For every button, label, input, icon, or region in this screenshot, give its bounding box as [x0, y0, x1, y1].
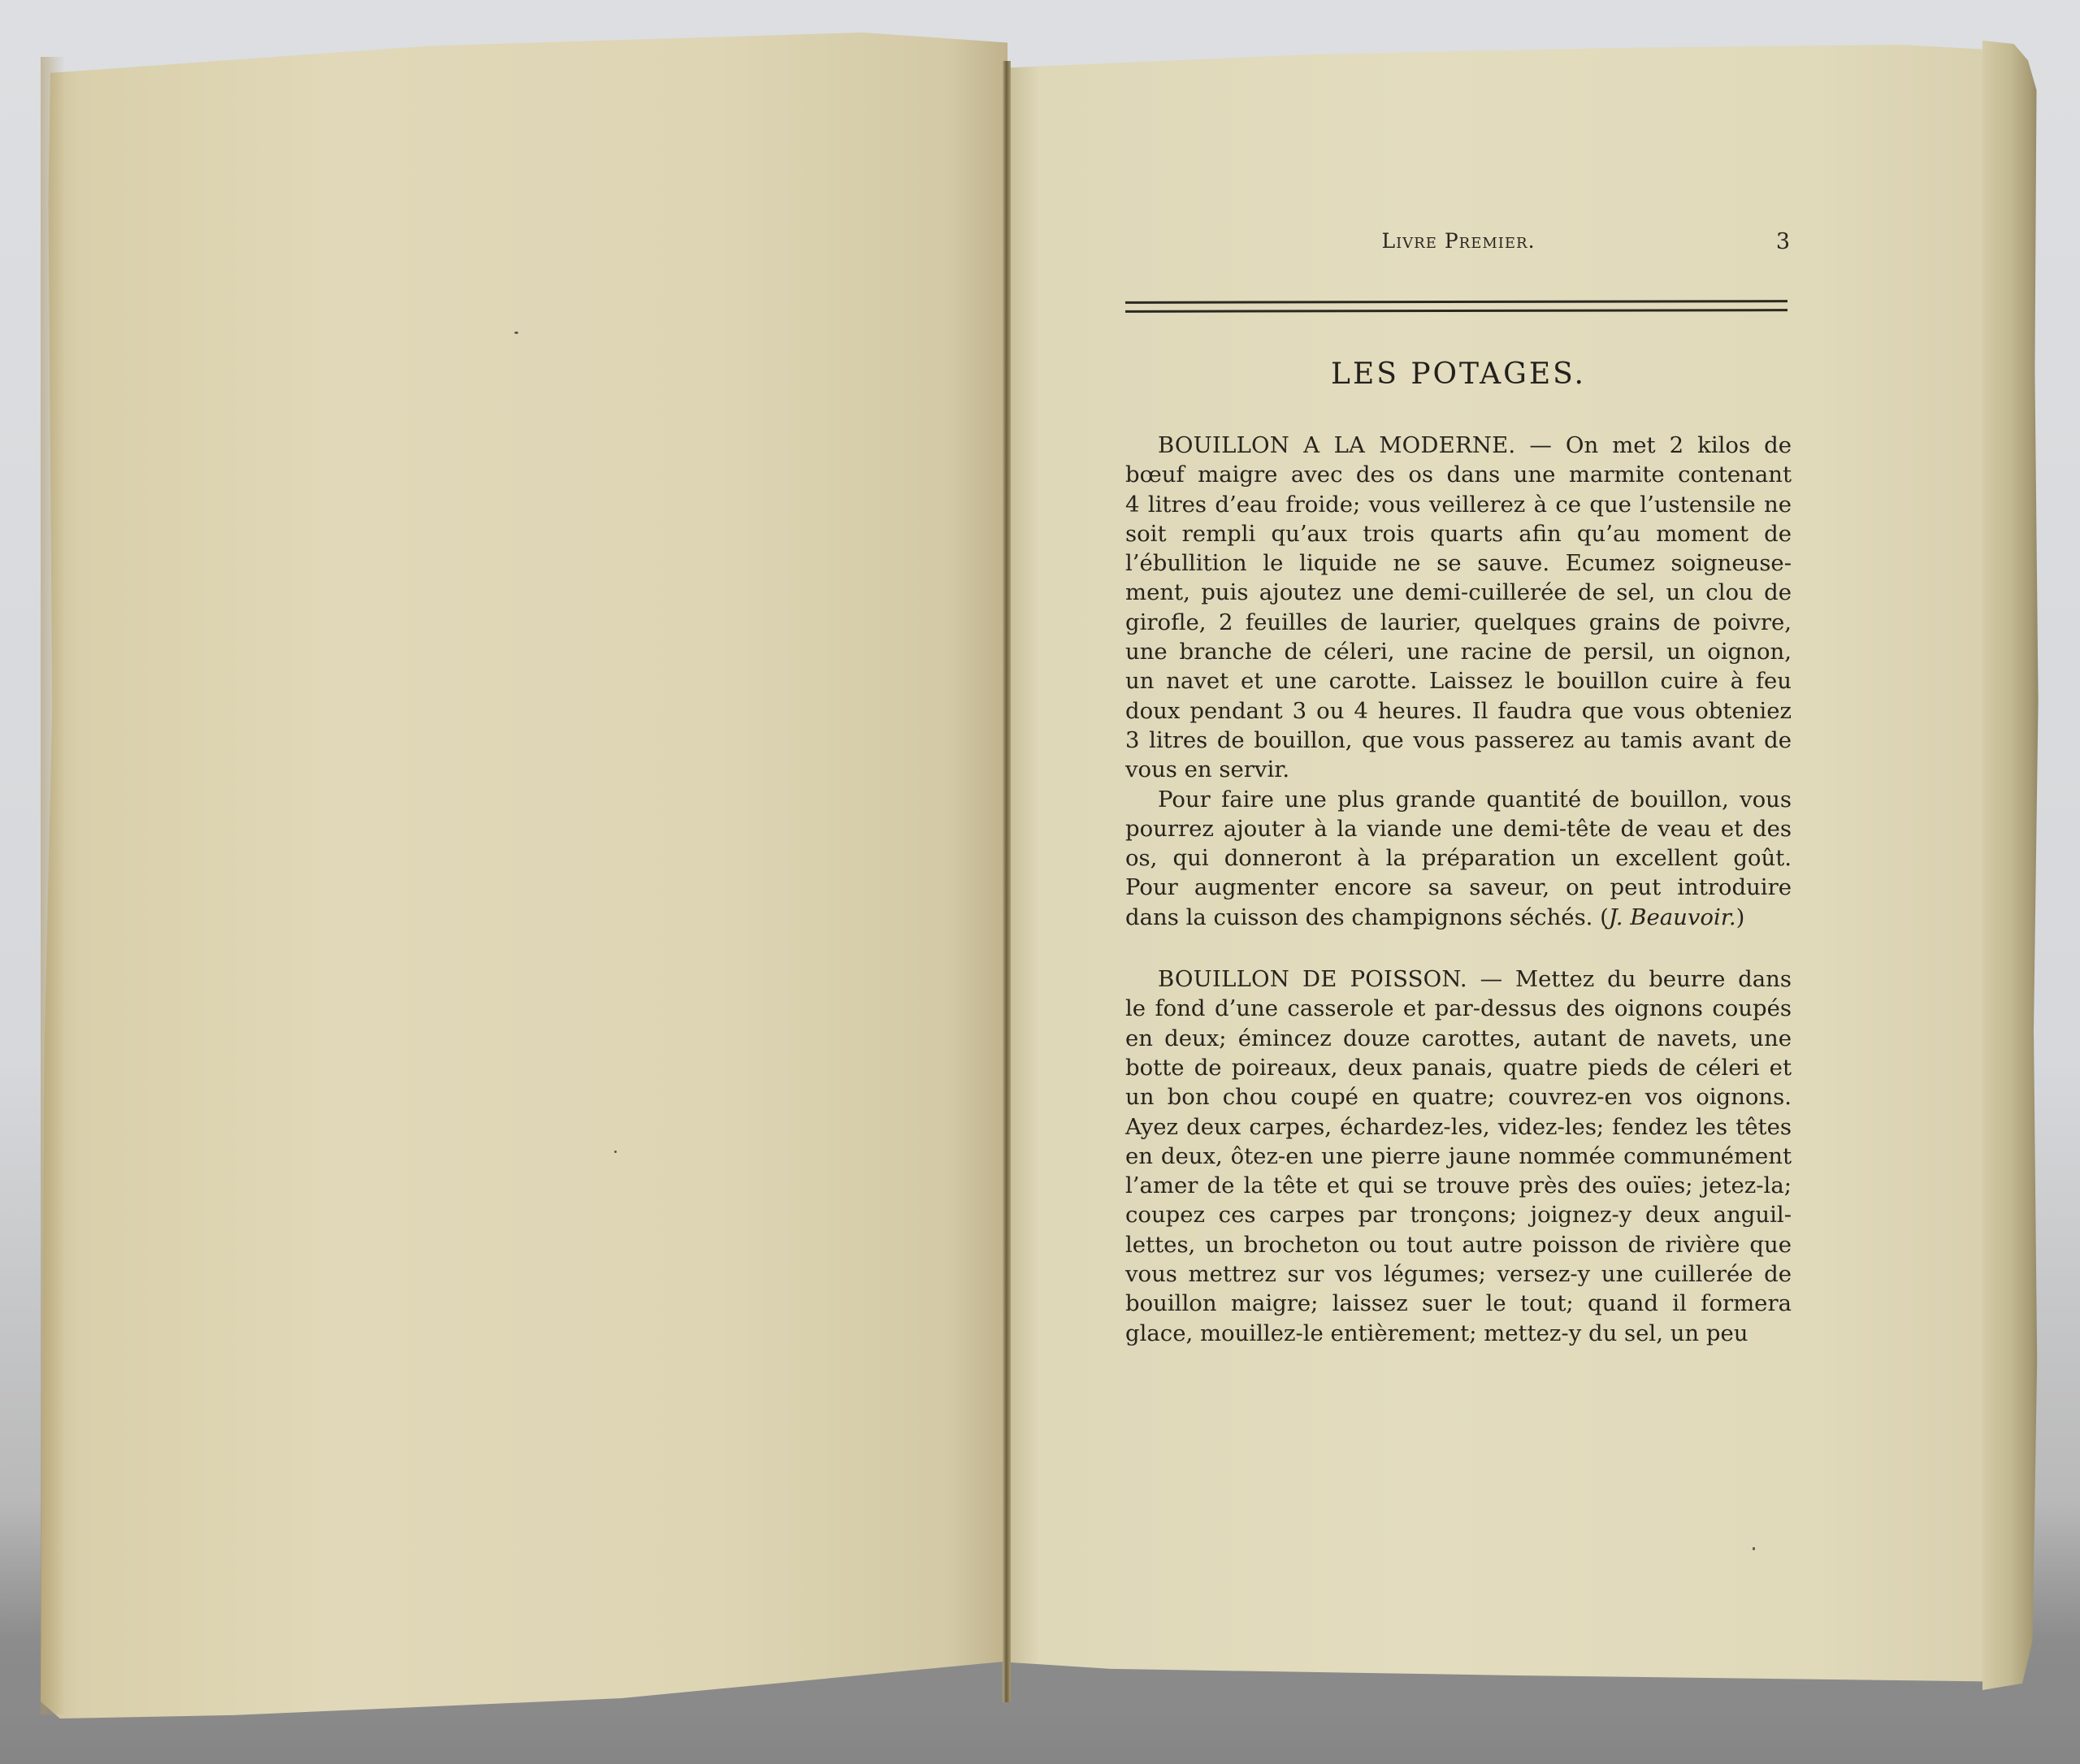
- left-page-deckle-edge: [41, 57, 65, 1714]
- recipe-title: BOUILLON A LA MODERNE.: [1158, 432, 1515, 458]
- text-line: soit rempli qu’aux trois quarts afin qu’…: [1125, 519, 1792, 548]
- line-text: — Mettez du beurre dans: [1467, 966, 1792, 992]
- text-line: Pour augmenter encore sa saveur, on peut…: [1125, 873, 1792, 902]
- text-line: bœuf maigre avec des os dans une marmite…: [1125, 460, 1792, 489]
- line-text: Pour augmenter encore sa saveur, on peut…: [1125, 874, 1792, 900]
- line-text: 4 litres d’eau froide; vous veillerez à …: [1125, 492, 1792, 518]
- text-line: un bon chou coupé en quatre; couvrez-en …: [1125, 1082, 1792, 1112]
- line-text: un navet et une carotte. Laissez le boui…: [1125, 668, 1792, 694]
- line-text: lettes, un brocheton ou tout autre poiss…: [1125, 1232, 1792, 1258]
- paragraph-gap: [1125, 932, 1792, 964]
- line-text: en deux; émincez douze carottes, autant …: [1125, 1025, 1792, 1051]
- line-text: pourrez ajouter à la viande une demi-têt…: [1125, 816, 1792, 842]
- recipe-title: BOUILLON DE POISSON.: [1158, 966, 1467, 992]
- right-page-fore-edge: [1982, 41, 2039, 1690]
- line-text: botte de poireaux, deux panais, quatre p…: [1125, 1055, 1792, 1081]
- line-text: glace, mouillez-le entièrement; mettez-y…: [1125, 1320, 1748, 1346]
- running-head: Livre Premier. 3: [1125, 229, 1792, 262]
- attribution: J. Beauvoir.: [1609, 904, 1736, 930]
- text-line: coupez ces carpes par tronçons; joignez-…: [1125, 1200, 1792, 1229]
- text-line: BOUILLON A LA MODERNE. — On met 2 kilos …: [1125, 431, 1792, 460]
- line-text: Pour faire une plus grande quantité de b…: [1158, 787, 1792, 813]
- text-line: l’ébullition le liquide ne se sauve. Ecu…: [1125, 548, 1792, 578]
- text-line: botte de poireaux, deux panais, quatre p…: [1125, 1053, 1792, 1082]
- text-line: bouillon maigre; laissez suer le tout; q…: [1125, 1289, 1792, 1318]
- text-line: girofle, 2 feuilles de laurier, quelques…: [1125, 608, 1792, 637]
- line-text: bœuf maigre avec des os dans une marmite…: [1125, 462, 1792, 488]
- line-text: 3 litres de bouillon, que vous passerez …: [1125, 727, 1792, 753]
- text-line: ment, puis ajoutez une demi-cuillerée de…: [1125, 578, 1792, 607]
- text-line: 3 litres de bouillon, que vous passerez …: [1125, 726, 1792, 755]
- line-text: le fond d’une casserole et par-dessus de…: [1125, 995, 1792, 1021]
- text-line: en deux; émincez douze carottes, autant …: [1125, 1024, 1792, 1053]
- text-line: glace, mouillez-le entièrement; mettez-y…: [1125, 1319, 1792, 1348]
- line-text: vous en servir.: [1125, 756, 1289, 782]
- open-book: Livre Premier. 3 LES POTAGES. BOUILLON A…: [0, 0, 2080, 1764]
- text-line: vous en servir.: [1125, 755, 1792, 784]
- left-page-blank: [41, 33, 1007, 1718]
- running-head-title: Livre Premier.: [1125, 229, 1792, 253]
- line-text: coupez ces carpes par tronçons; joignez-…: [1125, 1202, 1792, 1228]
- book-gutter: [1003, 61, 1011, 1702]
- line-text: — On met 2 kilos de: [1515, 432, 1792, 458]
- line-text: en deux, ôtez-en une pierre jaune nommée…: [1125, 1143, 1792, 1169]
- line-text: l’amer de la tête et qui se trouve près …: [1125, 1172, 1792, 1198]
- text-line: l’amer de la tête et qui se trouve près …: [1125, 1171, 1792, 1200]
- double-rule-divider: [1125, 300, 1787, 313]
- line-tail: ): [1736, 904, 1745, 930]
- line-text: soit rempli qu’aux trois quarts afin qu’…: [1125, 521, 1792, 547]
- text-line: 4 litres d’eau froide; vous veillerez à …: [1125, 490, 1792, 519]
- text-line: doux pendant 3 ou 4 heures. Il faudra qu…: [1125, 696, 1792, 726]
- text-line: en deux, ôtez-en une pierre jaune nommée…: [1125, 1142, 1792, 1171]
- text-line: os, qui donneront à la préparation un ex…: [1125, 843, 1792, 873]
- text-line: un navet et une carotte. Laissez le boui…: [1125, 666, 1792, 696]
- paragraph: BOUILLON DE POISSON. — Mettez du beurre …: [1125, 964, 1792, 1348]
- paragraph: BOUILLON A LA MODERNE. — On met 2 kilos …: [1125, 431, 1792, 785]
- text-line: le fond d’une casserole et par-dessus de…: [1125, 994, 1792, 1023]
- text-line: une branche de céleri, une racine de per…: [1125, 637, 1792, 666]
- line-text: bouillon maigre; laissez suer le tout; q…: [1125, 1290, 1792, 1316]
- line-text: dans la cuisson des champignons séchés. …: [1125, 904, 1609, 930]
- line-text: une branche de céleri, une racine de per…: [1125, 639, 1792, 665]
- text-line: BOUILLON DE POISSON. — Mettez du beurre …: [1125, 964, 1792, 994]
- text-line: Pour faire une plus grande quantité de b…: [1125, 785, 1792, 814]
- body-text: BOUILLON A LA MODERNE. — On met 2 kilos …: [1125, 431, 1792, 1348]
- line-text: vous mettrez sur vos légumes; versez-y u…: [1125, 1261, 1792, 1287]
- line-text: os, qui donneront à la préparation un ex…: [1125, 845, 1792, 871]
- text-line: dans la cuisson des champignons séchés. …: [1125, 903, 1792, 932]
- line-text: un bon chou coupé en quatre; couvrez-en …: [1125, 1084, 1792, 1110]
- text-line: vous mettrez sur vos légumes; versez-y u…: [1125, 1259, 1792, 1289]
- line-text: Ayez deux carpes, échardez-les, videz-le…: [1125, 1114, 1792, 1140]
- line-text: l’ébullition le liquide ne se sauve. Ecu…: [1125, 550, 1792, 576]
- text-line: lettes, un brocheton ou tout autre poiss…: [1125, 1230, 1792, 1259]
- chapter-title: LES POTAGES.: [1125, 358, 1792, 391]
- line-text: doux pendant 3 ou 4 heures. Il faudra qu…: [1125, 698, 1792, 724]
- text-line: Ayez deux carpes, échardez-les, videz-le…: [1125, 1112, 1792, 1142]
- text-line: pourrez ajouter à la viande une demi-têt…: [1125, 814, 1792, 843]
- paragraph: Pour faire une plus grande quantité de b…: [1125, 785, 1792, 932]
- line-text: ment, puis ajoutez une demi-cuillerée de…: [1125, 579, 1792, 605]
- line-text: girofle, 2 feuilles de laurier, quelques…: [1125, 609, 1792, 635]
- page-number: 3: [1776, 229, 1790, 254]
